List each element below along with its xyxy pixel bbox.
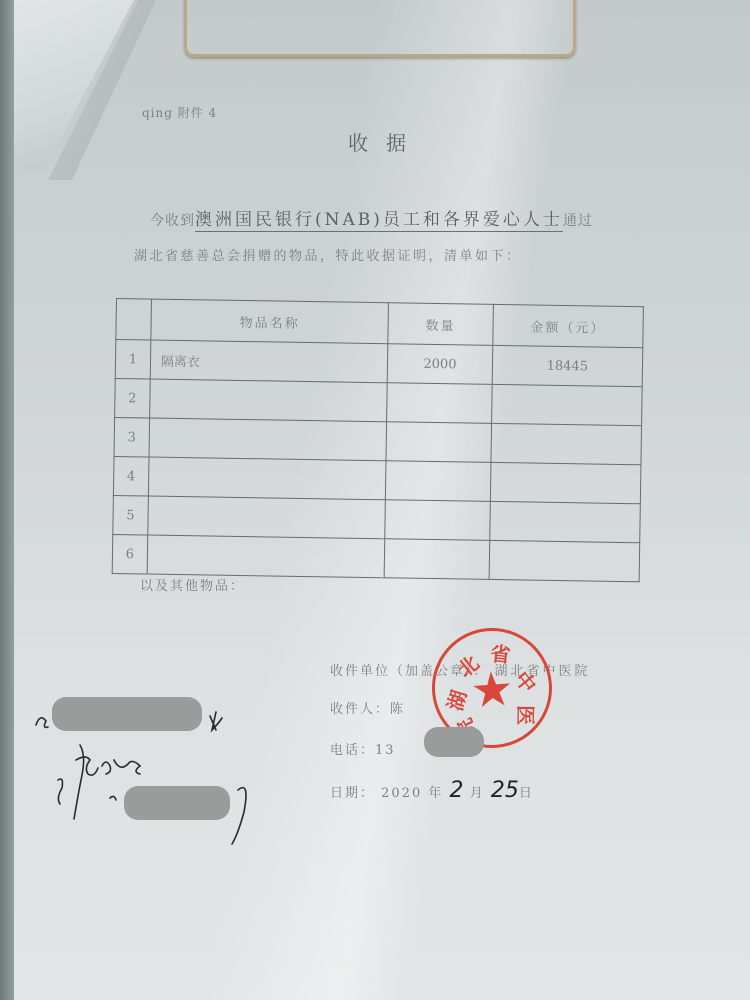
row-no: 6 [112, 534, 147, 574]
row-item-name [149, 379, 387, 422]
row-no: 4 [113, 456, 148, 496]
row-amount [489, 540, 640, 581]
phone-label: 电话： [330, 743, 375, 758]
clipboard-clip [184, 0, 576, 57]
intro-line-1: 今收到澳洲国民银行(NAB)员工和各界爱心人士通过 [150, 205, 593, 230]
row-no: 3 [114, 417, 149, 457]
row-item-name [148, 496, 386, 539]
attachment-label: qing 附件 4 [142, 104, 217, 121]
row-item-name [149, 418, 387, 461]
row-quantity [386, 461, 491, 502]
row-no: 1 [115, 340, 150, 380]
donor-name: 澳洲国民银行(NAB)员工和各界爱心人士 [195, 210, 563, 232]
row-quantity: 2000 [387, 344, 492, 385]
other-items-label: 以及其他物品： [140, 575, 245, 594]
row-amount: 18445 [492, 345, 643, 386]
redacted-info [52, 697, 202, 731]
header-no [116, 299, 151, 341]
phone-value: 13 [375, 743, 396, 758]
row-quantity [387, 383, 492, 424]
row-item-name: 隔离衣 [150, 340, 388, 383]
row-item-name [148, 457, 386, 500]
row-no: 5 [113, 495, 148, 535]
seal-char: 医 [512, 705, 541, 726]
date-row: 日期： 2020 年 2 月 25日 [330, 778, 534, 803]
seal-char: 湖 [439, 686, 472, 713]
date-label: 日期： [330, 786, 375, 801]
star-icon: ★ [469, 665, 515, 716]
header-quantity: 数量 [388, 303, 493, 346]
row-no: 2 [115, 378, 150, 418]
header-item-name: 物品名称 [151, 299, 389, 344]
receiver-person-row: 收件人：陈 [330, 698, 405, 717]
phone-row: 电话：13 [330, 739, 396, 758]
row-item-name [147, 535, 385, 578]
date-month-handwritten: 2 [450, 778, 464, 803]
day-char: 日 [519, 786, 534, 801]
row-quantity [386, 422, 491, 463]
receiver-person-label: 收件人： [330, 702, 390, 717]
receiver-person-value: 陈 [390, 702, 405, 717]
row-amount [489, 501, 640, 542]
row-amount [491, 423, 642, 464]
redacted-phone [424, 727, 484, 757]
intro-suffix: 通过 [563, 213, 593, 229]
items-table: 物品名称 数量 金额（元） 1 隔离衣 2000 18445 2 3 4 [112, 298, 644, 582]
row-amount [491, 384, 642, 425]
page-title: 收据 [348, 127, 424, 156]
year-char: 年 [428, 786, 443, 801]
intro-line-2: 湖北省慈善总会捐赠的物品，特此收据证明，清单如下： [134, 245, 522, 264]
redacted-info [124, 786, 230, 820]
row-quantity [385, 500, 490, 541]
row-quantity [384, 539, 489, 580]
seal-char: 中 [509, 664, 544, 698]
date-day-handwritten: 25 [491, 778, 519, 803]
row-amount [490, 462, 641, 503]
date-year: 2020 [381, 786, 422, 801]
intro-prefix: 今收到 [150, 213, 195, 229]
month-char: 月 [470, 786, 485, 801]
header-amount: 金额（元） [493, 304, 644, 347]
